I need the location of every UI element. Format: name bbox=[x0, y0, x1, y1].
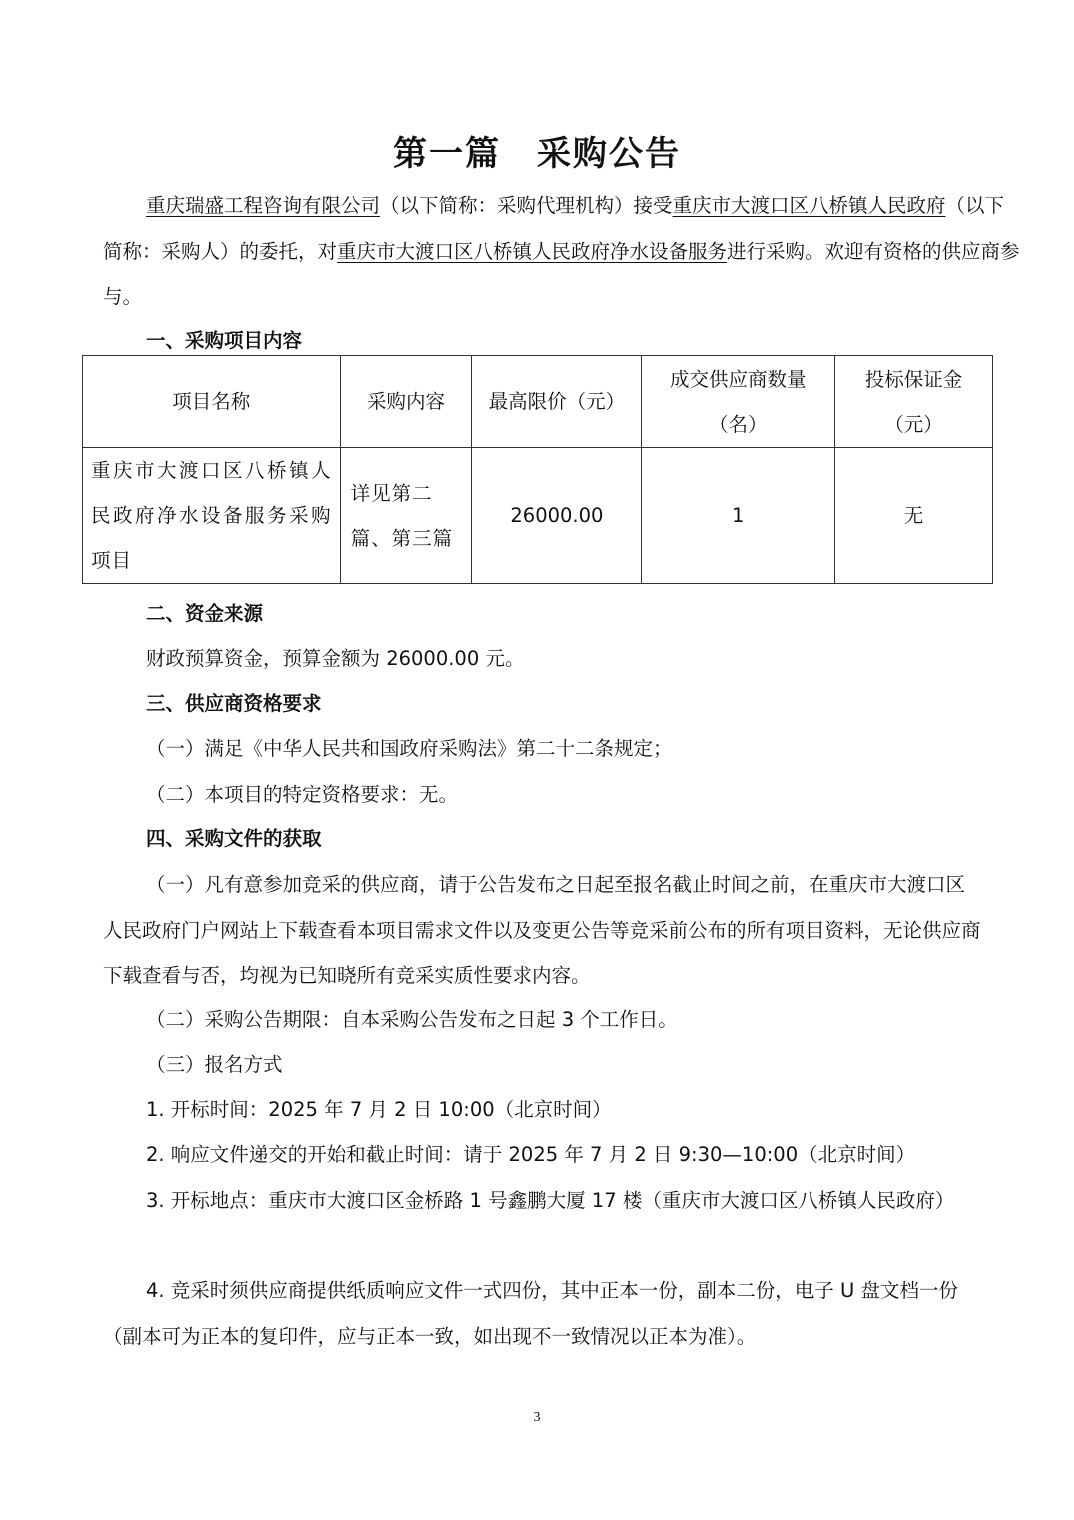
procurement-table: 项目名称 采购内容 最高限价（元） 成交供应商数量（名） 投标保证金（元） 重庆… bbox=[82, 355, 993, 584]
list-item: 2. 响应文件递交的开始和截止时间：请于 2025 年 7 月 2 日 9:30… bbox=[146, 1140, 915, 1170]
title-part-1: 第一篇 bbox=[393, 134, 501, 174]
purchaser-name: 重庆市大渡口区八桥镇人民政府 bbox=[673, 194, 946, 217]
list-item: 4. 竞采时须供应商提供纸质响应文件一式四份，其中正本一份，副本二份，电子 U … bbox=[103, 1268, 983, 1359]
qualification-item: （一）满足《中华人民共和国政府采购法》第二十二条规定； bbox=[146, 734, 673, 764]
registration-method: （三）报名方式 bbox=[146, 1050, 283, 1080]
project-name: 重庆市大渡口区八桥镇人民政府净水设备服务 bbox=[337, 240, 727, 263]
table-row: 重庆市大渡口区八桥镇人民政府净水设备服务采购项目 详见第二篇、第三篇 26000… bbox=[83, 448, 993, 584]
cell-content: 详见第二篇、第三篇 bbox=[340, 448, 472, 584]
cell-supplier-count: 1 bbox=[642, 448, 835, 584]
agency-name: 重庆瑞盛工程咨询有限公司 bbox=[146, 194, 380, 217]
list-item: 1. 开标时间：2025 年 7 月 2 日 10:00（北京时间） bbox=[146, 1095, 612, 1125]
document-access-paragraph: （一）凡有意参加竞采的供应商，请于公告发布之日起至报名截止时间之前，在重庆市大渡… bbox=[103, 862, 983, 999]
announcement-period: （二）采购公告期限：自本采购公告发布之日起 3 个工作日。 bbox=[146, 1005, 678, 1035]
section-heading-4: 四、采购文件的获取 bbox=[146, 824, 322, 854]
table-header-cell: 成交供应商数量（名） bbox=[642, 356, 835, 448]
page-number: 3 bbox=[0, 1410, 1074, 1426]
list-item: 3. 开标地点：重庆市大渡口区金桥路 1 号鑫鹏大厦 17 楼（重庆市大渡口区八… bbox=[103, 1178, 983, 1224]
page-title: 第一篇采购公告 bbox=[0, 128, 1074, 180]
cell-max-price: 26000.00 bbox=[472, 448, 642, 584]
section-heading-1: 一、采购项目内容 bbox=[146, 326, 302, 356]
table-header-cell: 项目名称 bbox=[83, 356, 341, 448]
cell-deposit: 无 bbox=[835, 448, 993, 584]
section-heading-3: 三、供应商资格要求 bbox=[146, 689, 322, 719]
table-header-row: 项目名称 采购内容 最高限价（元） 成交供应商数量（名） 投标保证金（元） bbox=[83, 356, 993, 448]
title-part-2: 采购公告 bbox=[537, 134, 681, 174]
table-header-cell: 采购内容 bbox=[340, 356, 472, 448]
document-page: 第一篇采购公告 重庆瑞盛工程咨询有限公司（以下简称：采购代理机构）接受重庆市大渡… bbox=[0, 0, 1074, 1520]
intro-text-1: （以下简称：采购代理机构）接受 bbox=[380, 194, 673, 217]
intro-paragraph: 重庆瑞盛工程咨询有限公司（以下简称：采购代理机构）接受重庆市大渡口区八桥镇人民政… bbox=[103, 183, 1023, 320]
funding-text: 财政预算资金，预算金额为 26000.00 元。 bbox=[146, 644, 524, 674]
table-header-cell: 投标保证金（元） bbox=[835, 356, 993, 448]
qualification-item: （二）本项目的特定资格要求：无。 bbox=[146, 780, 458, 810]
table-header-cell: 最高限价（元） bbox=[472, 356, 642, 448]
section-heading-2: 二、资金来源 bbox=[146, 599, 263, 629]
cell-project-name: 重庆市大渡口区八桥镇人民政府净水设备服务采购项目 bbox=[83, 448, 341, 584]
